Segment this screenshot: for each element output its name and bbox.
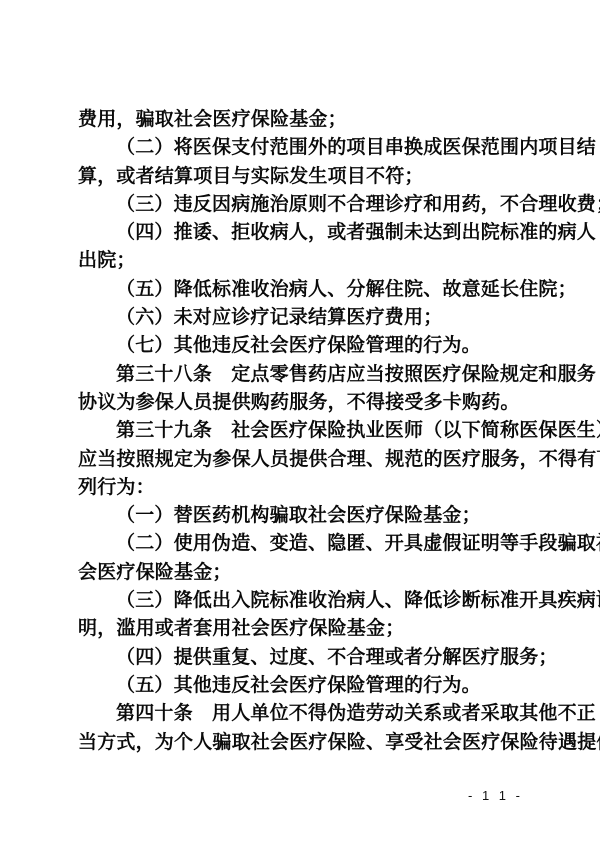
text-line: 第三十九条 社会医疗保险执业医师（以下简称医保医生）: [78, 417, 532, 445]
text-line: （三）违反因病施治原则不合理诊疗和用药，不合理收费；: [78, 191, 532, 219]
text-line: 出院；: [78, 247, 532, 275]
text-line: 明，滥用或者套用社会医疗保险基金；: [78, 615, 532, 643]
text-line: （二）将医保支付范围外的项目串换成医保范围内项目结: [78, 134, 532, 162]
text-line: 会医疗保险基金；: [78, 559, 532, 587]
text-line: 应当按照规定为参保人员提供合理、规范的医疗服务，不得有下: [78, 446, 532, 474]
text-line: （二）使用伪造、变造、隐匿、开具虚假证明等手段骗取社: [78, 530, 532, 558]
document-page: 费用，骗取社会医疗保险基金；（二）将医保支付范围外的项目串换成医保范围内项目结算…: [0, 0, 600, 849]
text-line: 第三十八条 定点零售药店应当按照医疗保险规定和服务: [78, 361, 532, 389]
page-number: - 1 1 -: [468, 788, 523, 803]
text-line: 当方式，为个人骗取社会医疗保险、享受社会医疗保险待遇提供: [78, 729, 532, 757]
text-line: 协议为参保人员提供购药服务，不得接受多卡购药。: [78, 389, 532, 417]
text-line: （五）降低标准收治病人、分解住院、故意延长住院；: [78, 276, 532, 304]
text-line: （四）推诿、拒收病人，或者强制未达到出院标准的病人: [78, 219, 532, 247]
text-line: 算，或者结算项目与实际发生项目不符；: [78, 163, 532, 191]
text-line: 第四十条 用人单位不得伪造劳动关系或者采取其他不正: [78, 700, 532, 728]
text-line: 费用，骗取社会医疗保险基金；: [78, 106, 532, 134]
text-line: （五）其他违反社会医疗保险管理的行为。: [78, 672, 532, 700]
document-body-text: 费用，骗取社会医疗保险基金；（二）将医保支付范围外的项目串换成医保范围内项目结算…: [78, 106, 532, 757]
text-line: （六）未对应诊疗记录结算医疗费用；: [78, 304, 532, 332]
text-line: （一）替医药机构骗取社会医疗保险基金；: [78, 502, 532, 530]
text-line: （三）降低出入院标准收治病人、降低诊断标准开具疾病证: [78, 587, 532, 615]
text-line: 列行为：: [78, 474, 532, 502]
text-line: （七）其他违反社会医疗保险管理的行为。: [78, 332, 532, 360]
text-line: （四）提供重复、过度、不合理或者分解医疗服务；: [78, 644, 532, 672]
